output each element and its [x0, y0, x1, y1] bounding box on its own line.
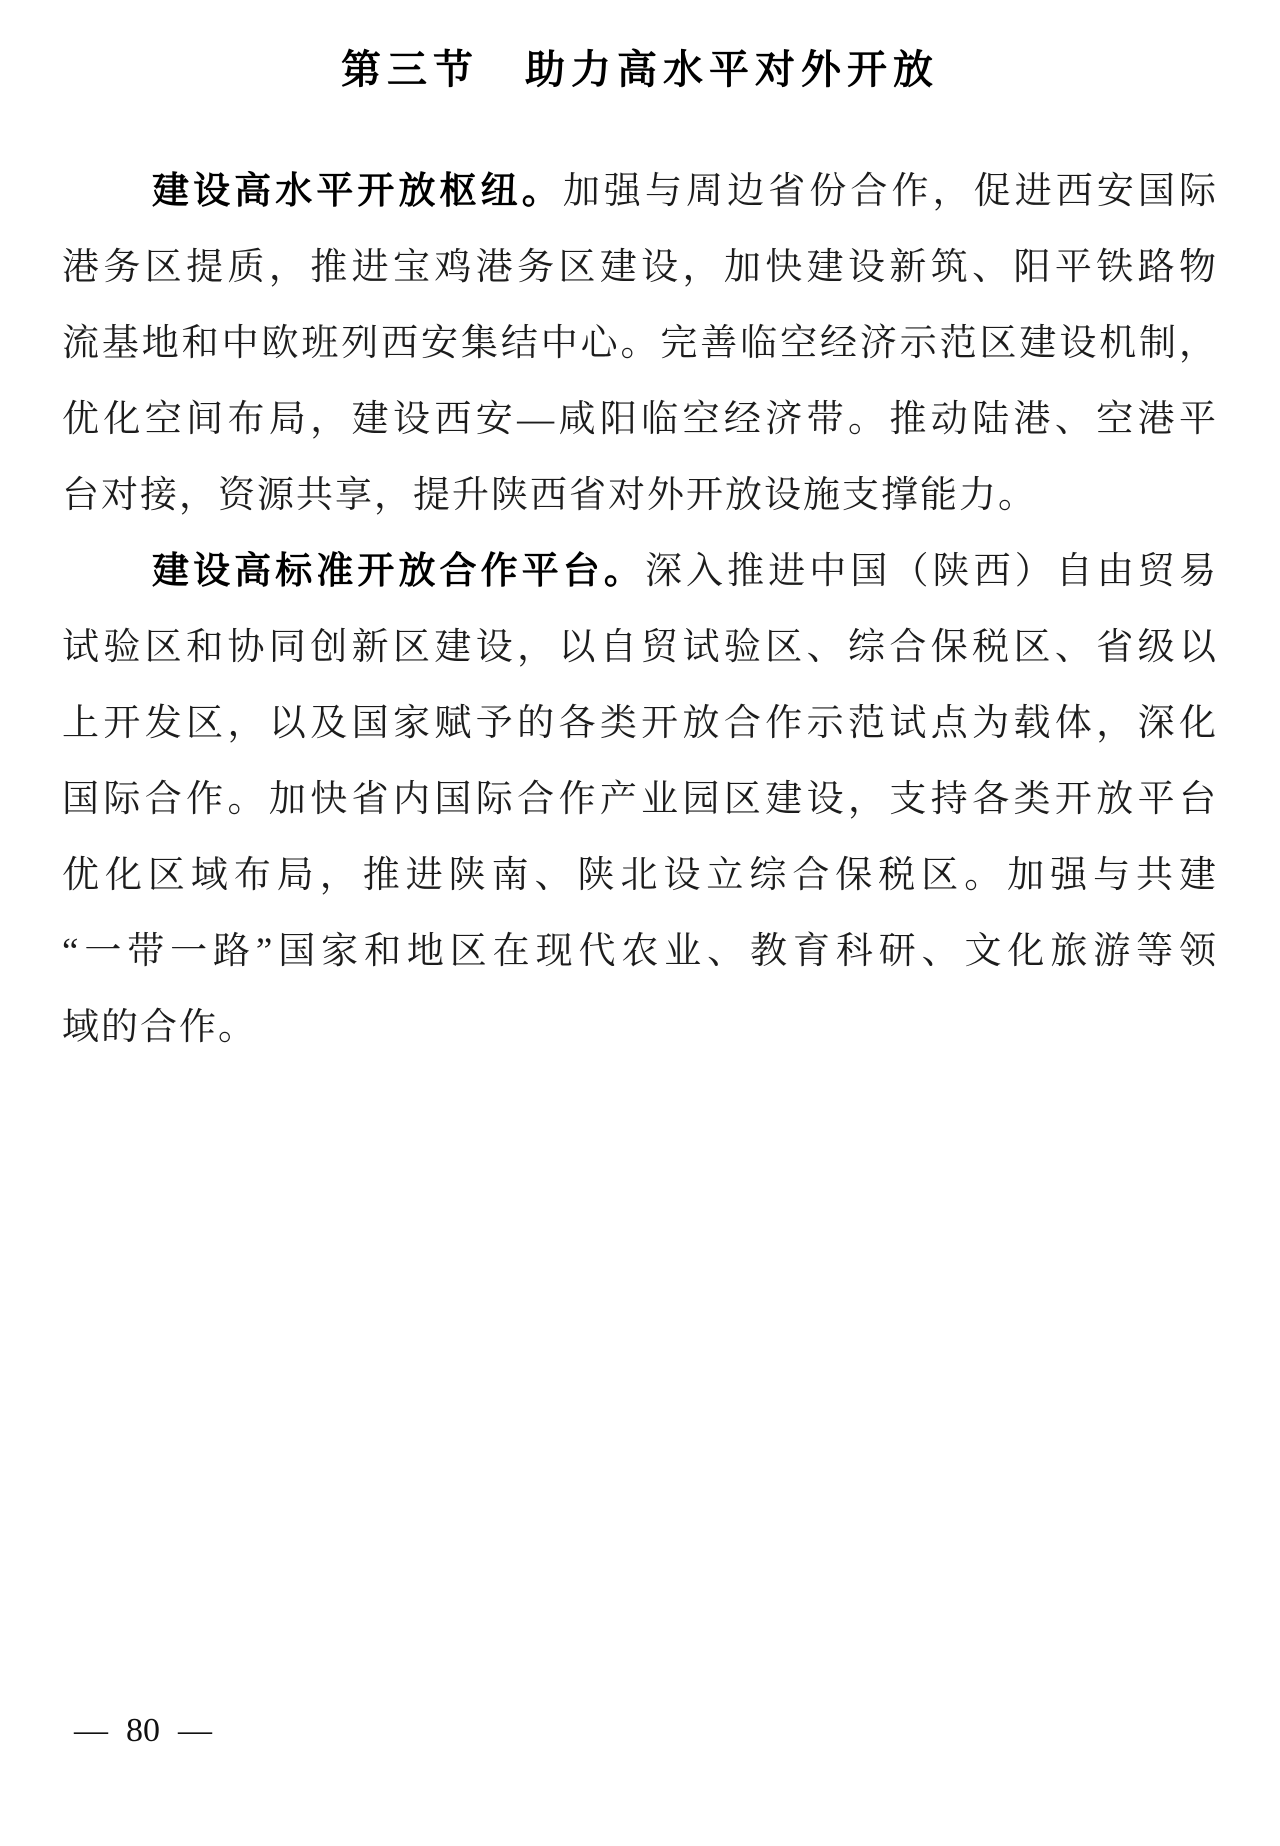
text-line: 优化区域布局，推进陕南、陕北设立综合保税区。加强与共建 — [62, 838, 1218, 914]
text-line: 流基地和中欧班列西安集结中心。完善临空经济示范区建设机制， — [62, 306, 1218, 382]
paragraph-text: 台对接，资源共享，提升陕西省对外开放设施支撑能力。 — [62, 475, 1037, 516]
text-line: 试验区和协同创新区建设，以自贸试验区、综合保税区、省级以 — [62, 610, 1218, 686]
text-line: 台对接，资源共享，提升陕西省对外开放设施支撑能力。 — [62, 458, 1218, 534]
text-line: “一带一路”国家和地区在现代农业、教育科研、文化旅游等领 — [62, 914, 1218, 990]
paragraph-text: “一带一路”国家和地区在现代农业、教育科研、文化旅游等领 — [62, 931, 1218, 972]
paragraph-lead: 建设高水平开放枢纽。 — [152, 171, 563, 212]
paragraph-lead: 建设高标准开放合作平台。 — [152, 551, 645, 592]
page-footer: — 80 — — [74, 1712, 212, 1750]
document-body: 建设高水平开放枢纽。加强与周边省份合作，促进西安国际港务区提质，推进宝鸡港务区建… — [62, 154, 1218, 1066]
text-line: 上开发区，以及国家赋予的各类开放合作示范试点为载体，深化 — [62, 686, 1218, 762]
paragraph-text: 优化空间布局，建设西安—咸阳临空经济带。推动陆港、空港平 — [62, 399, 1218, 440]
paragraph-text: 港务区提质，推进宝鸡港务区建设，加快建设新筑、阳平铁路物 — [62, 247, 1218, 288]
paragraph-text: 国际合作。加快省内国际合作产业园区建设，支持各类开放平台 — [62, 779, 1218, 820]
paragraph-text: 上开发区，以及国家赋予的各类开放合作示范试点为载体，深化 — [62, 703, 1218, 744]
paragraph-text: 优化区域布局，推进陕南、陕北设立综合保税区。加强与共建 — [62, 855, 1218, 896]
paragraph-text: 域的合作。 — [62, 1007, 257, 1048]
text-line: 建设高水平开放枢纽。加强与周边省份合作，促进西安国际 — [62, 154, 1218, 230]
footer-right-dash: — — [178, 1712, 212, 1750]
paragraph-text: 流基地和中欧班列西安集结中心。完善临空经济示范区建设机制， — [62, 323, 1218, 364]
text-line: 港务区提质，推进宝鸡港务区建设，加快建设新筑、阳平铁路物 — [62, 230, 1218, 306]
footer-left-dash: — — [74, 1712, 108, 1750]
text-line: 国际合作。加快省内国际合作产业园区建设，支持各类开放平台 — [62, 762, 1218, 838]
text-line: 优化空间布局，建设西安—咸阳临空经济带。推动陆港、空港平 — [62, 382, 1218, 458]
paragraph-text: 试验区和协同创新区建设，以自贸试验区、综合保税区、省级以 — [62, 627, 1218, 668]
page-number: 80 — [126, 1712, 160, 1750]
paragraph-text: 深入推进中国（陕西）自由贸易 — [645, 551, 1218, 592]
text-line: 域的合作。 — [62, 990, 1218, 1066]
text-line: 建设高标准开放合作平台。深入推进中国（陕西）自由贸易 — [62, 534, 1218, 610]
section-title: 第三节 助力高水平对外开放 — [0, 38, 1280, 95]
paragraph-text: 加强与周边省份合作，促进西安国际 — [563, 171, 1218, 212]
document-page: 第三节 助力高水平对外开放 建设高水平开放枢纽。加强与周边省份合作，促进西安国际… — [0, 0, 1280, 1846]
